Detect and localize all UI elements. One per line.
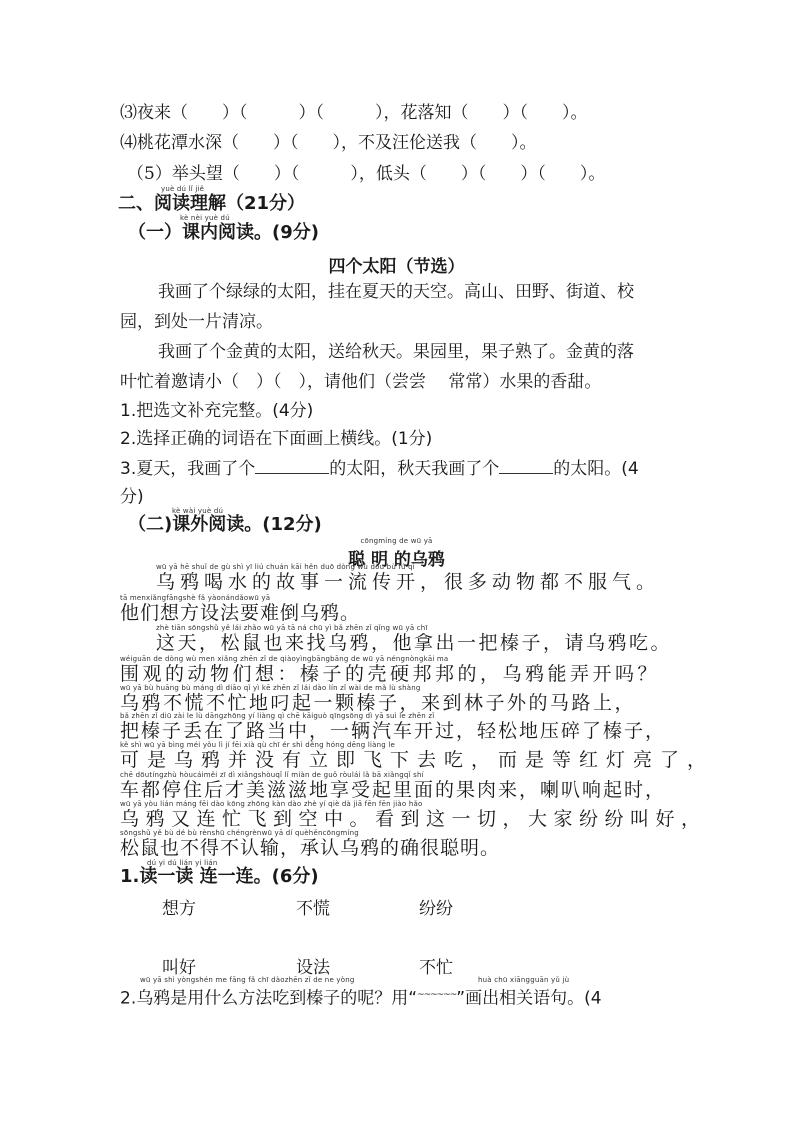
- q2-pinyin-b: huà chū xiāngguān yǔ jù: [478, 976, 569, 984]
- story-line-2: 他们想方设法要难倒乌鸦。: [120, 602, 360, 624]
- passage-paragraph-1-cont: 园，到处一片清凉。: [120, 311, 273, 333]
- poem-line-5: （5）举头望（ ）（ ），低头（ ）（ ）（ ）。: [127, 163, 605, 185]
- story-pinyin-10: sōngshǔ yě bù dé bù rènshū chéngrènwū yā…: [120, 829, 359, 837]
- story-pinyin-2: tā menxiǎngfāngshè fǎ yàonándǎowū yā: [120, 594, 270, 602]
- story-line-8: 车都停住后才美滋滋地享受起里面的果肉来，喇叭响起时，: [120, 779, 666, 801]
- story-pinyin-9: wū yā yòu lián máng fēi dào kōng zhōng k…: [120, 800, 422, 808]
- match-word-top-3[interactable]: 纷纷: [419, 894, 453, 919]
- q2-text-a: 2.乌鸦是用什么方法吃到榛子的呢？用“: [120, 989, 417, 1009]
- story-line-6: 把榛子丢在了路当中，一辆汽车开过，轻松地压碎了榛子，: [120, 720, 666, 742]
- question-2: 2.选择正确的词语在下面画上横线。(1分): [120, 428, 432, 450]
- match-word-bottom-3[interactable]: 不忙: [419, 953, 453, 978]
- answer-blank-summer[interactable]: [255, 457, 329, 474]
- story-pinyin-3: zhè tiān sōngshǔ yě lái zhǎo wū yā tā ná…: [156, 624, 428, 632]
- question-2-crow: 2.乌鸦是用什么方法吃到榛子的呢？用“~~~~~~”画出相关语句。(4: [120, 984, 602, 1010]
- match-word-bottom-2[interactable]: 设法: [296, 953, 330, 978]
- story-title-pinyin: cōngmíng de wū yā: [0, 537, 793, 545]
- answer-blank-autumn[interactable]: [499, 457, 553, 474]
- poem-line-4: ⑷桃花潭水深（ ）（ ），不及汪伦送我（ ）。: [120, 132, 537, 154]
- sub2-heading: （二)课外阅读。(12分): [128, 514, 322, 536]
- question-1: 1.把选文补充完整。(4分): [120, 400, 313, 422]
- match-word-top-1[interactable]: 想方: [162, 894, 196, 919]
- story-line-10: 松鼠也不得不认输，承认乌鸦的确很聪明。: [120, 837, 500, 859]
- q1-heading: 1.读一读 连一连。(6分): [120, 866, 319, 888]
- story-line-1: 乌鸦喝水的故事一流传开，很多动物都不服气。: [156, 571, 660, 593]
- story-line-9: 乌鸦又连忙飞到空中。看到这一切，大家纷纷叫好，: [120, 808, 707, 830]
- poem-line-3: ⑶夜来（ ）（ ）（ ），花落知（ ）（ ）。: [120, 102, 588, 124]
- sub1-heading: （一）课内阅读。(9分): [128, 222, 319, 244]
- story-line-5: 乌鸦不慌不忙地叼起一颗榛子，来到林子外的马路上，: [120, 692, 636, 714]
- story-pinyin-5: wū yā bù huāng bù máng dì diāo qǐ yì kē …: [120, 684, 421, 692]
- worksheet-page: ⑶夜来（ ）（ ）（ ），花落知（ ）（ ）。 ⑷桃花潭水深（ ）（ ），不及汪…: [0, 0, 793, 1122]
- passage-paragraph-1: 我画了个绿绿的太阳，挂在夏天的天空。高山、田野、街道、校: [158, 281, 634, 303]
- story-pinyin-4: wéiguān de dòng wù men xiǎng zhēn zǐ de …: [120, 655, 448, 663]
- match-word-bottom-1[interactable]: 叫好: [162, 953, 196, 978]
- question-3-text-c: 的太阳。(4: [553, 459, 638, 479]
- question-3-text-a: 3.夏天，我画了个: [120, 459, 255, 479]
- story-line-3: 这天，松鼠也来找乌鸦，他拿出一把榛子，请乌鸦吃。: [156, 632, 672, 654]
- section-heading-pinyin: yuè dú lǐ jiě: [161, 185, 204, 193]
- match-word-top-2[interactable]: 不慌: [296, 894, 330, 919]
- passage-paragraph-2: 我画了个金黄的太阳，送给秋天。果园里，果子熟了。金黄的落: [158, 341, 634, 363]
- story-pinyin-7: kě shì wū yā bìng méi yǒu lì jí fēi xià …: [120, 741, 395, 749]
- question-3: 3.夏天，我画了个的太阳，秋天我画了个的太阳。(4: [120, 457, 639, 480]
- question-3-text-b: 的太阳，秋天我画了个: [329, 459, 499, 479]
- section-heading: 二、阅读理解（21分）: [118, 193, 305, 215]
- passage-title: 四个太阳（节选）: [0, 252, 793, 277]
- story-line-7: 可是乌鸦并没有立即飞下去吃，而是等红灯亮了，: [120, 749, 714, 771]
- story-pinyin-8: chē dōutíngzhù hòucáiměi zī dì xiǎngshòu…: [120, 771, 424, 779]
- q2-pinyin-a: wū yā shì yòngshén me fāng fǎ chī dàozhē…: [140, 976, 355, 984]
- q1-label: 1.读一读 连一连。(6分): [120, 866, 319, 887]
- passage-paragraph-2-cont: 叶忙着邀请小（ ）（ ），请他们（尝尝 常常）水果的香甜。: [120, 371, 601, 393]
- question-3-cont: 分): [120, 486, 144, 508]
- story-pinyin-1: wū yā hē shuǐ de gù shì yī liú chuán kāi…: [156, 563, 415, 571]
- story-line-4: 围观的动物们想：榛子的壳硬邦邦的，乌鸦能弄开吗？: [120, 663, 660, 685]
- story-pinyin-6: bǎ zhēn zǐ diū zài le lù dāngzhōng yí li…: [120, 712, 434, 720]
- q2-text-b: ”画出相关语句。(4: [456, 989, 601, 1009]
- wavy-underline-icon: ~~~~~~: [417, 990, 456, 1000]
- sub1-heading-pinyin: kè nèi yuè dú: [180, 214, 230, 222]
